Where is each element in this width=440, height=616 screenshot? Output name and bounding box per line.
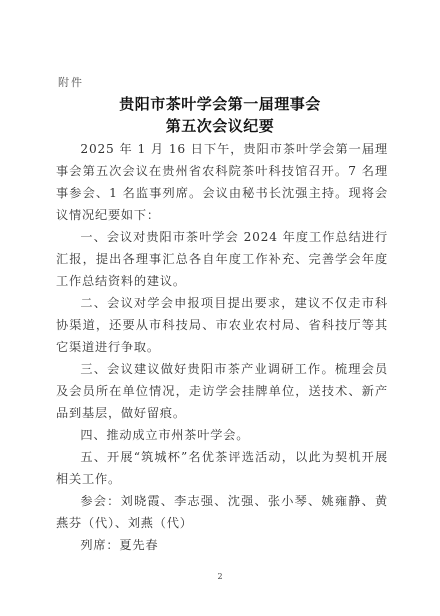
paragraph-intro: 2025 年 1 月 16 日下午，贵阳市茶叶学会第一届理事会第五次会议在贵州省…	[56, 138, 388, 226]
paragraph-item-1: 一、会议对贵阳市茶叶学会 2024 年度工作总结进行汇报，提出各理事汇总各自年度…	[56, 226, 388, 292]
paragraph-attendees: 参会：刘晓霞、李志强、沈强、张小琴、姚雍静、黄燕芬（代）、刘燕（代）	[56, 490, 388, 534]
paragraph-item-5: 五、开展“筑城杯”名优茶评选活动，以此为契机开展相关工作。	[56, 446, 388, 490]
page-number: 2	[0, 572, 440, 581]
paragraph-item-3: 三、会议建议做好贵阳市茶产业调研工作。梳理会员及会员所在单位情况，走访学会挂牌单…	[56, 358, 388, 424]
attachment-label: 附件	[58, 74, 84, 90]
paragraph-item-4: 四、推动成立市州茶叶学会。	[56, 424, 388, 446]
paragraph-observers: 列席：夏先春	[56, 534, 388, 556]
document-body: 2025 年 1 月 16 日下午，贵阳市茶叶学会第一届理事会第五次会议在贵州省…	[56, 138, 388, 556]
paragraph-item-2: 二、会议对学会申报项目提出要求，建议不仅走市科协渠道，还要从市科技局、市农业农村…	[56, 292, 388, 358]
document-title-line2: 第五次会议纪要	[0, 115, 440, 136]
document-page: 附件 贵阳市茶叶学会第一届理事会 第五次会议纪要 2025 年 1 月 16 日…	[0, 0, 440, 616]
document-title-line1: 贵阳市茶叶学会第一届理事会	[0, 93, 440, 114]
